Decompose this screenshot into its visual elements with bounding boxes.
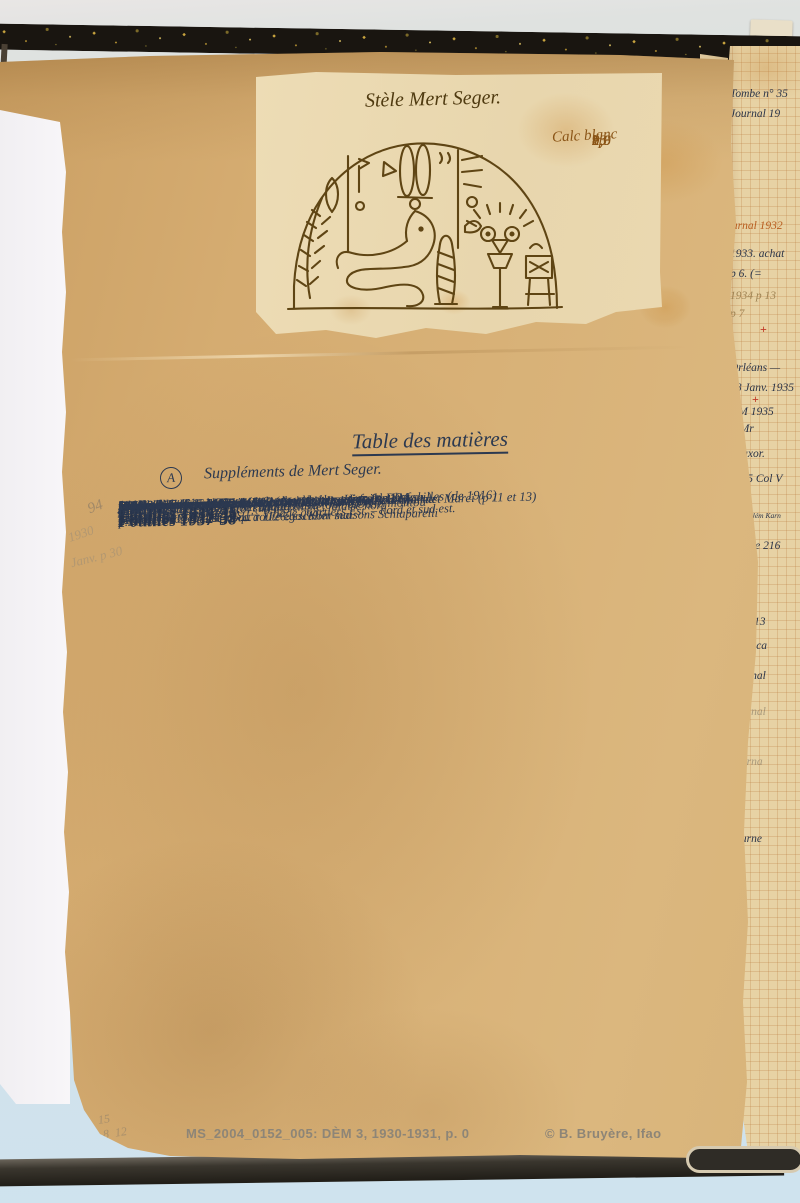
right-page-note: p 7 (730, 308, 744, 320)
toc-heading: Table des matières (352, 427, 508, 455)
red-plus-mark: + (760, 322, 767, 337)
pencil-note-bottom: 6 15 15 8 12 (82, 1109, 128, 1145)
pasted-sketch-paper: Stèle Mert Seger. (256, 72, 662, 342)
scanned-notebook-page: Tombe n° 35Journal 19Journal 19321933. a… (0, 0, 800, 1203)
sketch-title: Stèle Mert Seger. (298, 84, 569, 114)
right-page-note: Journal 19 (730, 108, 780, 120)
pencil-note-1930: 1930 (66, 522, 96, 545)
pencil-note-94: 94 (86, 497, 106, 518)
right-page-note: Tombe n° 35 (730, 88, 788, 100)
section-letter-badge: A (159, 466, 182, 489)
red-plus-mark: + (752, 392, 759, 407)
stela-drawing-icon (280, 136, 580, 322)
toc-campaign-title: Fouilles 1937-38 – (118, 508, 259, 533)
toc-entry-list: p:1 à 9 Fouilles 1930-31. — Secteur nord… (118, 483, 758, 498)
binding-bottom-edge (686, 1146, 800, 1173)
section-title: Suppléments de Mert Seger. (204, 461, 382, 484)
right-page-note: 1934 p 13 (730, 290, 776, 302)
right-page-note: p 6. (= (730, 268, 762, 280)
underlying-white-sheet (0, 100, 70, 1104)
digitization-id-caption: MS_2004_0152_005: DÈM 3, 1930-1931, p. 0 (186, 1126, 469, 1141)
paper-crease (70, 346, 690, 362)
right-page-note: 1933. achat (730, 248, 784, 260)
pencil-note-janv: Janv. p 30 (69, 543, 124, 571)
copyright-caption: © B. Bruyère, Ifao (545, 1126, 661, 1141)
